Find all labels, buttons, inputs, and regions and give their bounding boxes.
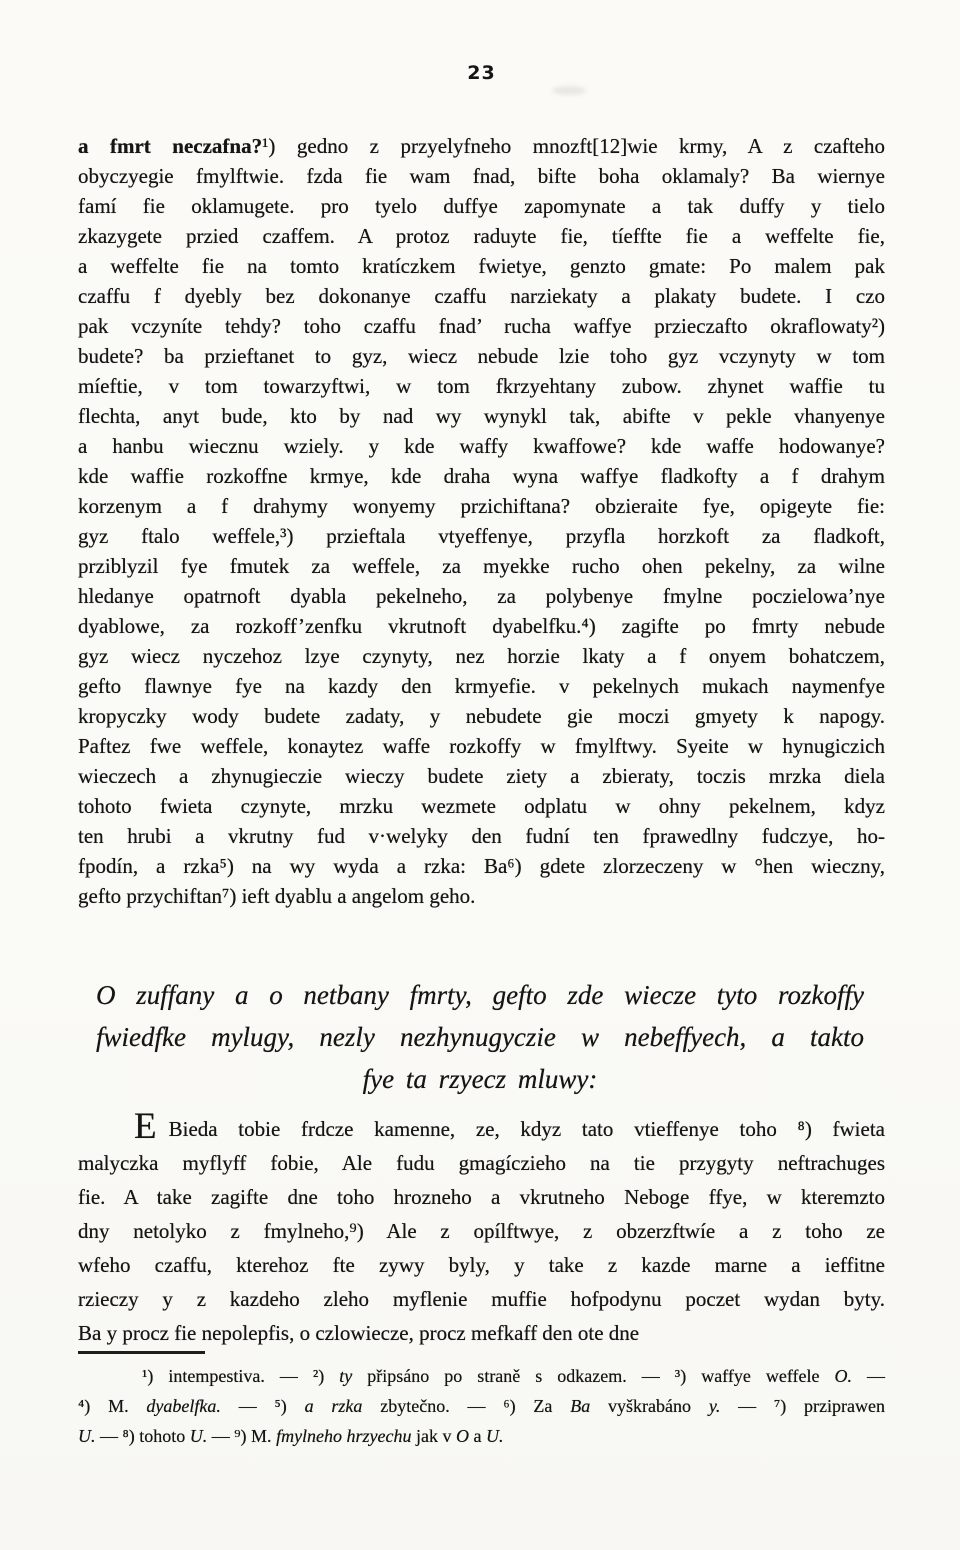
text-line: gefto przychiftan⁷) ieft dyablu a angelo… [78,881,885,911]
footnote-line: ⁴) M. dyabelfka. — ⁵) a rzka zbytečno. —… [78,1391,885,1421]
text-line: Paftez fwe weffele, konaytez waffe rozko… [78,731,885,761]
text-line: budete? ba przieftanet to gyz, wiecz neb… [78,341,885,371]
text-line: kde waffie rozkoffne krmye, kde draha wy… [78,461,885,491]
text-line: míeftie, v tom towarzyftwi, w tom fkrzye… [78,371,885,401]
text-line: tohoto fwieta czynyte, mrzku wezmete odp… [78,791,885,821]
text-line: kropyczky wody budete zadaty, y nebudete… [78,701,885,731]
text-line: gyz wiecz nyczehoz lzye czynyty, nez hor… [78,641,885,671]
initial-capital: E [134,1106,157,1147]
footnote-line: ¹) intempestiva. — ²) ty připsáno po str… [78,1361,885,1391]
main-paragraph: a fmrt neczafna?¹) gedno z przyelyfneho … [78,131,885,911]
heading-line: O zuffany a o netbany fmrty, gefto zde w… [96,974,864,1016]
scanned-book-page: 23 a fmrt neczafna?¹) gedno z przyelyfne… [0,0,960,1550]
heading-line: fwiedfke mylugy, nezly nezhynugyczie w n… [96,1016,864,1058]
second-paragraph: EBieda tobie frdcze kamenne, ze, kdyz ta… [78,1112,885,1350]
text-line: gefto flawnye fye na kazdy den krmyefie.… [78,671,885,701]
text-line: a weffelte fie na tomto kratíczkem fwiet… [78,251,885,281]
text-line: rzieczy y z kazdeho zleho myflenie muffi… [78,1282,885,1316]
footnote-separator-rule [78,1351,205,1354]
text-line: EBieda tobie frdcze kamenne, ze, kdyz ta… [78,1112,885,1146]
text-line-content: Bieda tobie frdcze kamenne, ze, kdyz tat… [169,1117,885,1141]
text-line: wieczech a zhynugieczie wieczy budete zi… [78,761,885,791]
text-line: ten hrubi a vkrutny fud v·welyky den fud… [78,821,885,851]
text-line: obyczyegie fmylftwie. fzda fie wam fnad,… [78,161,885,191]
italic-interlude-heading: O zuffany a o netbany fmrty, gefto zde w… [96,974,864,1100]
text-line: a fmrt neczafna?¹) gedno z przyelyfneho … [78,131,885,161]
text-line: a hanbu wiecznu wziely. y kde waffy kwaf… [78,431,885,461]
text-line: zkazygete przied czaffem. A protoz raduy… [78,221,885,251]
page-number: 23 [78,62,885,84]
text-line: korzenym a f drahymy wonyemy przichiftan… [78,491,885,521]
footnotes-block: ¹) intempestiva. — ²) ty připsáno po str… [78,1361,885,1451]
scan-smudge [552,86,586,95]
text-line: fpodín, a rzka⁵) na wy wyda a rzka: Ba⁶)… [78,851,885,881]
text-line: wfeho czaffu, kterehoz fte zywy byly, y … [78,1248,885,1282]
text-line: hledanye opatrnoft dyabla pekelneho, za … [78,581,885,611]
text-line: gyz ftalo weffele,³) przieftala vtyeffen… [78,521,885,551]
text-line: malyczka myflyff fobie, Ale fudu gmagícz… [78,1146,885,1180]
text-line: fie. A take zagifte dne toho hrozneho a … [78,1180,885,1214]
footnote-line: U. — ⁸) tohoto U. — ⁹) M. fmylneho hrzye… [78,1421,885,1451]
text-line: famí fie oklamugete. pro tyelo duffye za… [78,191,885,221]
text-line: dny netolyko z fmylneho,⁹) Ale z opílftw… [78,1214,885,1248]
text-line: czaffu f dyebly bez dokonanye czaffu nar… [78,281,885,311]
text-line: flechta, anyt bude, kto by nad wy wynykl… [78,401,885,431]
text-line: pak vczyníte tehdy? toho czaffu fnad’ ru… [78,311,885,341]
text-line: prziblyzil fye fmutek za weffele, za mye… [78,551,885,581]
text-line: dyablowe, za rozkoff’zenfku vkrutnoft dy… [78,611,885,641]
heading-line: fye ta rzyecz mluwy: [96,1058,864,1100]
text-line: Ba y procz fie nepolepfis, o czlowiecze,… [78,1316,885,1350]
